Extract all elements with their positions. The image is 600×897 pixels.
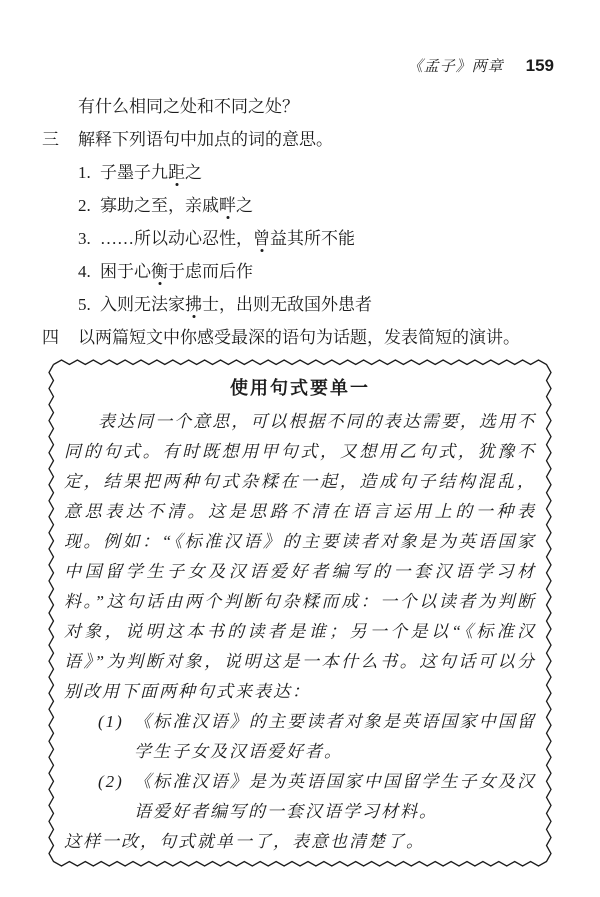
item-number: 3. bbox=[78, 222, 100, 255]
running-header: 《孟子》两章 159 bbox=[408, 55, 554, 76]
item-text-post: 士，出则无敌国外患者 bbox=[202, 295, 372, 314]
emphasized-char: 距 bbox=[168, 163, 185, 182]
callout-title: 使用句式要单一 bbox=[64, 375, 536, 401]
exercise-section: 有什么相同之处和不同之处？ 三 解释下列语句中加点的词的意思。 1. 子墨子九距… bbox=[42, 90, 560, 867]
example-number: (1) bbox=[98, 712, 124, 731]
exercise-item: 5. 入则无法家拂士，出则无敌国外患者 bbox=[78, 288, 560, 321]
item-text-post: 于虑而后作 bbox=[168, 262, 253, 281]
item-number: 5. bbox=[78, 288, 100, 321]
item-text-pre: 入则无法家 bbox=[100, 295, 185, 314]
item-text-pre: 子墨子九 bbox=[100, 163, 168, 182]
section-text: 以两篇短文中你感受最深的语句为话题，发表简短的演讲。 bbox=[78, 321, 520, 354]
emphasized-char: 衡 bbox=[151, 262, 168, 281]
section-number: 三 bbox=[42, 123, 78, 156]
callout-box: 使用句式要单一 表达同一个意思，可以根据不同的表达需要，选用不同的句式。有时既想… bbox=[48, 359, 552, 867]
callout-paragraph: 表达同一个意思，可以根据不同的表达需要，选用不同的句式。有时既想用甲句式，又想用… bbox=[64, 407, 536, 707]
item-text: 子墨子九距之 bbox=[100, 156, 202, 189]
item-text-pre: 困于心 bbox=[100, 262, 151, 281]
section-three: 三 解释下列语句中加点的词的意思。 bbox=[42, 123, 560, 156]
item-number: 1. bbox=[78, 156, 100, 189]
section-number: 四 bbox=[42, 321, 78, 354]
exercise-item: 4. 困于心衡于虑而后作 bbox=[78, 255, 560, 288]
item-text-post: 益其所不能 bbox=[270, 229, 355, 248]
item-text-post: 之 bbox=[185, 163, 202, 182]
item-text-pre: 寡助之至，亲戚 bbox=[100, 196, 219, 215]
section-text: 解释下列语句中加点的词的意思。 bbox=[78, 123, 333, 156]
exercise-item: 1. 子墨子九距之 bbox=[78, 156, 560, 189]
item-text: ……所以动心忍性，曾益其所不能 bbox=[100, 222, 355, 255]
example-number: (2) bbox=[98, 772, 124, 791]
item-text-post: 之 bbox=[236, 196, 253, 215]
exercise-item: 2. 寡助之至，亲戚畔之 bbox=[78, 189, 560, 222]
section-four: 四 以两篇短文中你感受最深的语句为话题，发表简短的演讲。 bbox=[42, 321, 560, 354]
item-text: 入则无法家拂士，出则无敌国外患者 bbox=[100, 288, 372, 321]
item-number: 4. bbox=[78, 255, 100, 288]
item-text: 寡助之至，亲戚畔之 bbox=[100, 189, 253, 222]
chapter-title: 《孟子》两章 bbox=[408, 55, 504, 76]
item-text: 困于心衡于虑而后作 bbox=[100, 255, 253, 288]
exercise-item: 3. ……所以动心忍性，曾益其所不能 bbox=[78, 222, 560, 255]
item-number: 2. bbox=[78, 189, 100, 222]
item-text-pre: ……所以动心忍性， bbox=[100, 229, 253, 248]
emphasized-char: 拂 bbox=[185, 295, 202, 314]
callout-example-1: (1)《标准汉语》的主要读者对象是英语国家中国留学生子女及汉语爱好者。 bbox=[64, 707, 536, 767]
example-text: 《标准汉语》是为英语国家中国留学生子女及汉语爱好者编写的一套汉语学习材料。 bbox=[134, 772, 536, 821]
textbook-page: 《孟子》两章 159 有什么相同之处和不同之处？ 三 解释下列语句中加点的词的意… bbox=[0, 0, 600, 897]
emphasized-char: 畔 bbox=[219, 196, 236, 215]
callout-closing: 这样一改，句式就单一了，表意也清楚了。 bbox=[64, 827, 536, 857]
page-number: 159 bbox=[526, 56, 554, 76]
question-continuation-line: 有什么相同之处和不同之处？ bbox=[78, 90, 560, 123]
emphasized-char: 曾 bbox=[253, 229, 270, 248]
example-text: 《标准汉语》的主要读者对象是英语国家中国留学生子女及汉语爱好者。 bbox=[134, 712, 536, 761]
callout-example-2: (2)《标准汉语》是为英语国家中国留学生子女及汉语爱好者编写的一套汉语学习材料。 bbox=[64, 767, 536, 827]
